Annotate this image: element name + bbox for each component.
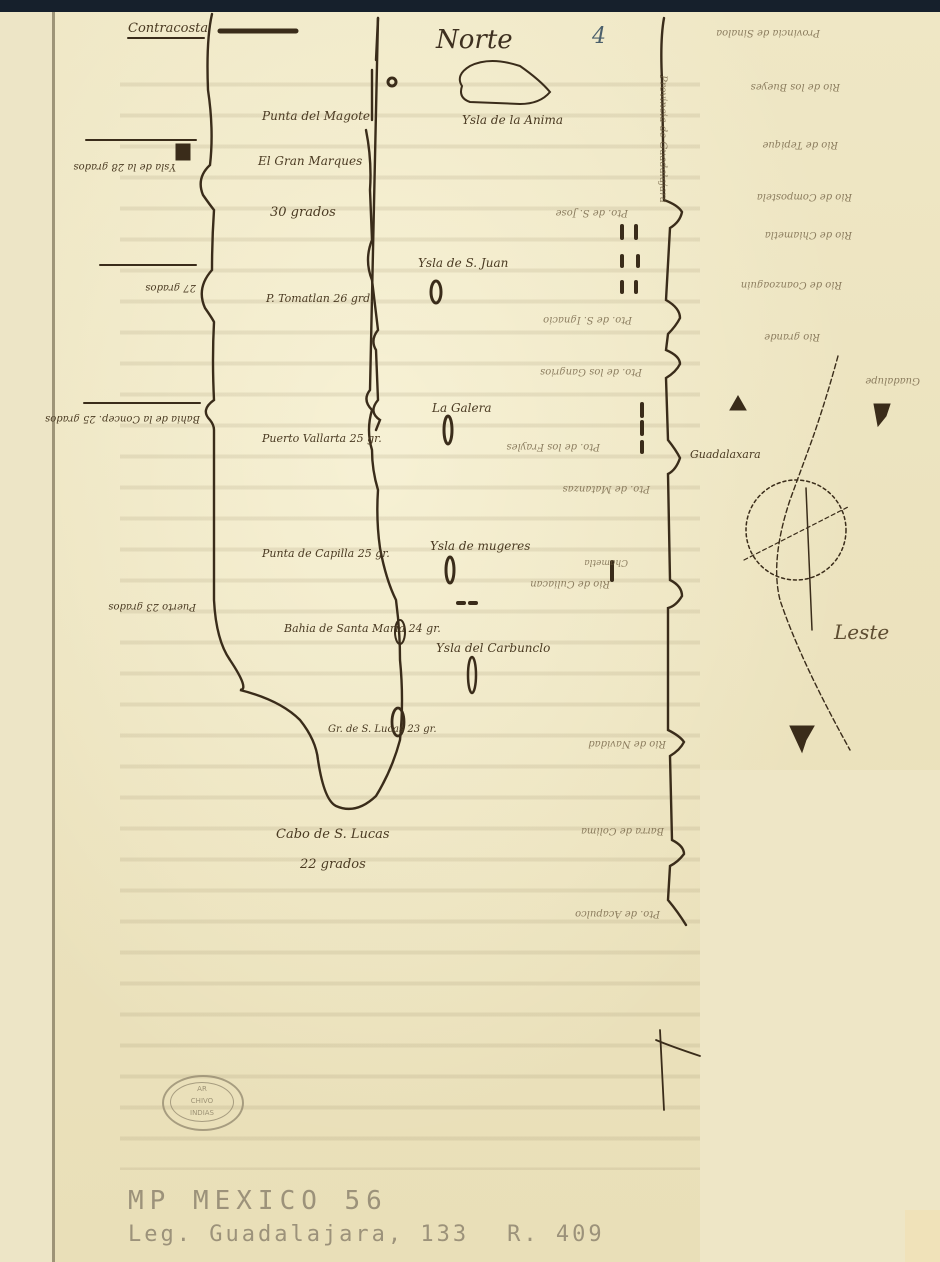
mainland-label: Rio de Navidad xyxy=(588,738,667,749)
island-carbunclo xyxy=(468,657,476,693)
coast-label: P. Tomatlan 26 grd. xyxy=(265,292,374,305)
archive-caption-line2: Leg. Guadalajara, 133R. 409 xyxy=(128,1222,643,1247)
mainland-label: Pto. de S. Jose xyxy=(556,207,629,218)
island-san-juan xyxy=(431,281,441,303)
mainland-label: Barra de Colima xyxy=(581,825,665,836)
island-label: La Galera xyxy=(431,401,492,415)
right-note: Rio de Chiametla xyxy=(765,229,853,240)
margin-note: Bahia de la Concep. 25 grados xyxy=(45,413,201,424)
town-symbol-4 xyxy=(176,144,190,160)
right-note: Rio grande xyxy=(764,331,821,342)
right-note: Rio de los Bueyes xyxy=(751,81,841,92)
archive-stamp-text: AR CHIVO INDIAS xyxy=(170,1082,234,1122)
right-note: Rio de Compostela xyxy=(757,191,853,202)
right-note: Guadalupe xyxy=(865,375,920,386)
document-viewer: Contracosta Ysla de la Anima Ysla de S. … xyxy=(0,0,940,1262)
compass-north-south xyxy=(806,488,812,630)
island-label: Ysla del Carbunclo xyxy=(436,641,550,655)
right-note: Rio de Tepique xyxy=(762,139,839,150)
coast-label: Punta de Capilla 25 gr. xyxy=(261,547,390,560)
mainland-label: Pto. de Acapulco xyxy=(575,908,661,919)
contracosta-heading: Contracosta xyxy=(128,21,208,36)
east-label: Leste xyxy=(834,620,889,644)
island-mugeres xyxy=(446,557,454,583)
coast-label: 30 grados xyxy=(270,205,336,220)
island-label: Ysla de S. Juan xyxy=(418,256,508,270)
mainland-label: Provincia de Guadalajara xyxy=(657,74,668,203)
right-column-notes: Provincia de Sinaloa Rio de los Bueyes R… xyxy=(716,27,920,386)
river-diagonal xyxy=(777,356,850,750)
mainland-label: Pto. de los Gangrios xyxy=(540,366,643,377)
mainland-coastline-south xyxy=(656,1030,700,1110)
right-note: Provincia de Sinaloa xyxy=(716,27,821,38)
town-symbol-1 xyxy=(730,396,746,410)
coast-label: Bahia de Santa Maria 24 gr. xyxy=(283,622,441,635)
page-number: 4 xyxy=(592,24,606,49)
mainland-label: Rio de Culiacan xyxy=(530,578,611,589)
coast-label: El Gran Marques xyxy=(257,154,362,168)
island-label: Ysla de la Anima xyxy=(462,113,563,127)
mainland-label: Pto. de los Frayles xyxy=(506,441,601,452)
record-number: R. 409 xyxy=(507,1222,604,1247)
margin-note: Puerto 23 grados xyxy=(108,601,197,612)
baja-west-coastline xyxy=(201,14,402,809)
archive-caption-line1: MP MEXICO 56 xyxy=(128,1186,388,1216)
town-symbol-3 xyxy=(790,726,814,752)
mainland-label: Chametla xyxy=(584,557,628,567)
island-anima xyxy=(460,61,550,104)
mainland-label: Pto. de S. Ignacio xyxy=(543,314,633,325)
margin-note: 27 grados xyxy=(145,282,197,293)
legajo-reference: Leg. Guadalajara, 133 xyxy=(128,1222,469,1247)
compass-circle xyxy=(746,480,846,580)
coast-label: 22 grados xyxy=(299,857,366,872)
north-label: Norte xyxy=(436,25,513,55)
compass-east-west xyxy=(744,506,850,560)
coast-label: Cabo de S. Lucas xyxy=(276,827,390,842)
mainland-label: Pto. de Matanzas xyxy=(563,483,651,494)
mainland-label: Guadalaxara xyxy=(690,448,761,461)
coast-label: Gr. de S. Lucas 23 gr. xyxy=(328,724,437,735)
island-label: Ysla de mugeres xyxy=(430,539,530,553)
town-symbol-2 xyxy=(874,404,890,426)
archive-stamp: AR CHIVO INDIAS xyxy=(162,1075,244,1131)
map-drawing: Contracosta Ysla de la Anima Ysla de S. … xyxy=(0,0,940,1262)
island-galera xyxy=(444,416,452,444)
coast-label: Punta del Magote xyxy=(261,109,370,123)
island-top-small xyxy=(388,78,396,86)
margin-note: Ysla de la 28 grados xyxy=(73,161,176,172)
right-note: Rio de Coanzoaguin xyxy=(741,279,843,290)
coast-label: Puerto Vallarta 25 gr. xyxy=(261,432,382,445)
